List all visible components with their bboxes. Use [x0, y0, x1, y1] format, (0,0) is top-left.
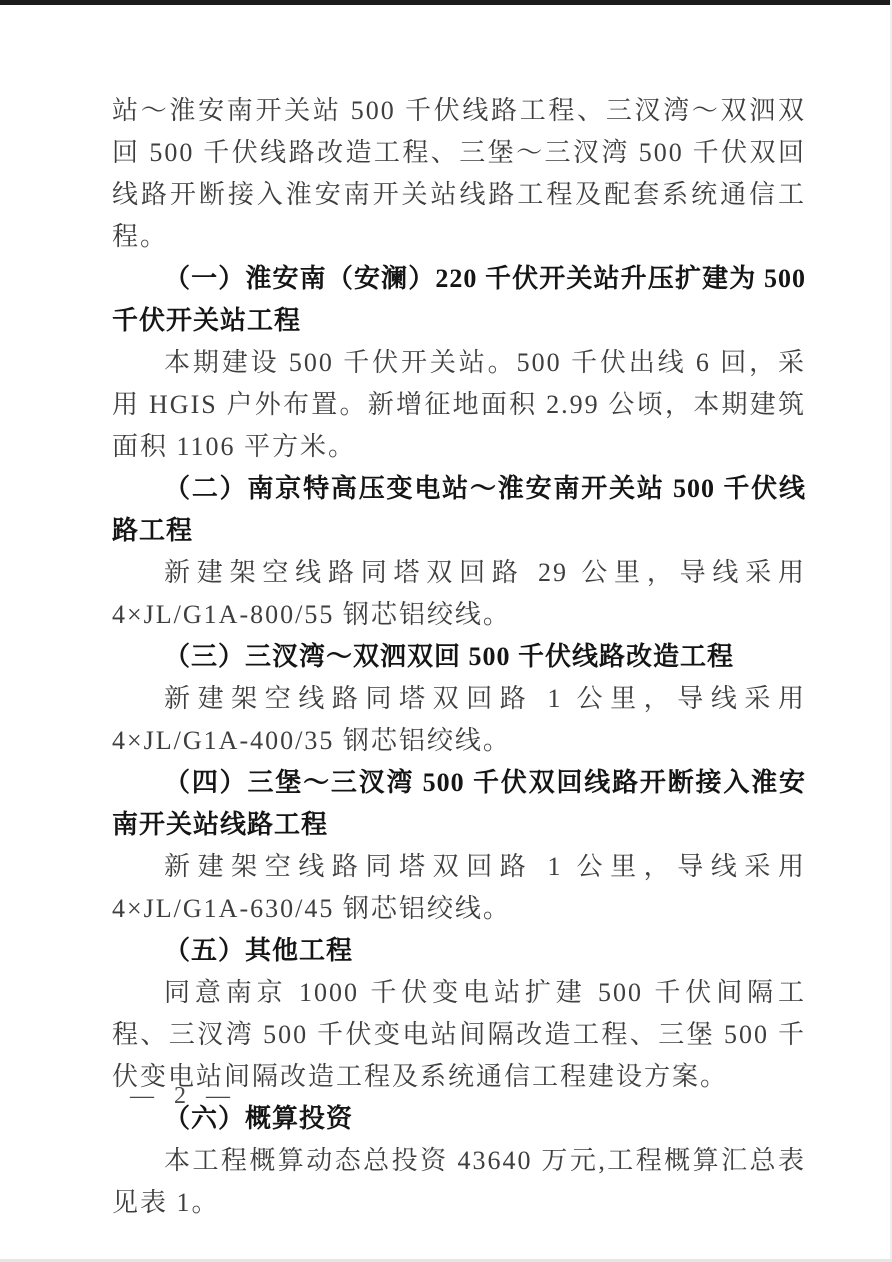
scan-edge-top: [0, 0, 892, 5]
paragraph-section-1: 本期建设 500 千伏开关站。500 千伏出线 6 回，采用 HGIS 户外布置…: [112, 342, 806, 468]
scanned-document-page: { "content": { "blocks": [ { "type": "bo…: [0, 0, 892, 1262]
page-number: — 2 —: [130, 1080, 237, 1112]
paragraph-section-3: 新建架空线路同塔双回路 1 公里，导线采用 4×JL/G1A-400/35 钢芯…: [112, 678, 806, 762]
paragraph-section-4: 新建架空线路同塔双回路 1 公里，导线采用 4×JL/G1A-630/45 钢芯…: [112, 846, 806, 930]
section-heading-4: （四）三堡～三汊湾 500 千伏双回线路开断接入淮安南开关站线路工程: [112, 762, 806, 846]
section-heading-1: （一）淮安南（安澜）220 千伏开关站升压扩建为 500 千伏开关站工程: [112, 258, 806, 342]
paragraph-section-2: 新建架空线路同塔双回路 29 公里，导线采用 4×JL/G1A-800/55 钢…: [112, 552, 806, 636]
paragraph-continued-from-previous-page: 站～淮安南开关站 500 千伏线路工程、三汊湾～双泗双回 500 千伏线路改造工…: [112, 90, 806, 258]
document-body: 站～淮安南开关站 500 千伏线路工程、三汊湾～双泗双回 500 千伏线路改造工…: [112, 90, 806, 1224]
section-heading-5: （五）其他工程: [112, 930, 806, 972]
section-heading-2: （二）南京特高压变电站～淮安南开关站 500 千伏线路工程: [112, 468, 806, 552]
paragraph-section-6: 本工程概算动态总投资 43640 万元,工程概算汇总表见表 1。: [112, 1140, 806, 1224]
section-heading-3: （三）三汊湾～双泗双回 500 千伏线路改造工程: [112, 636, 806, 678]
